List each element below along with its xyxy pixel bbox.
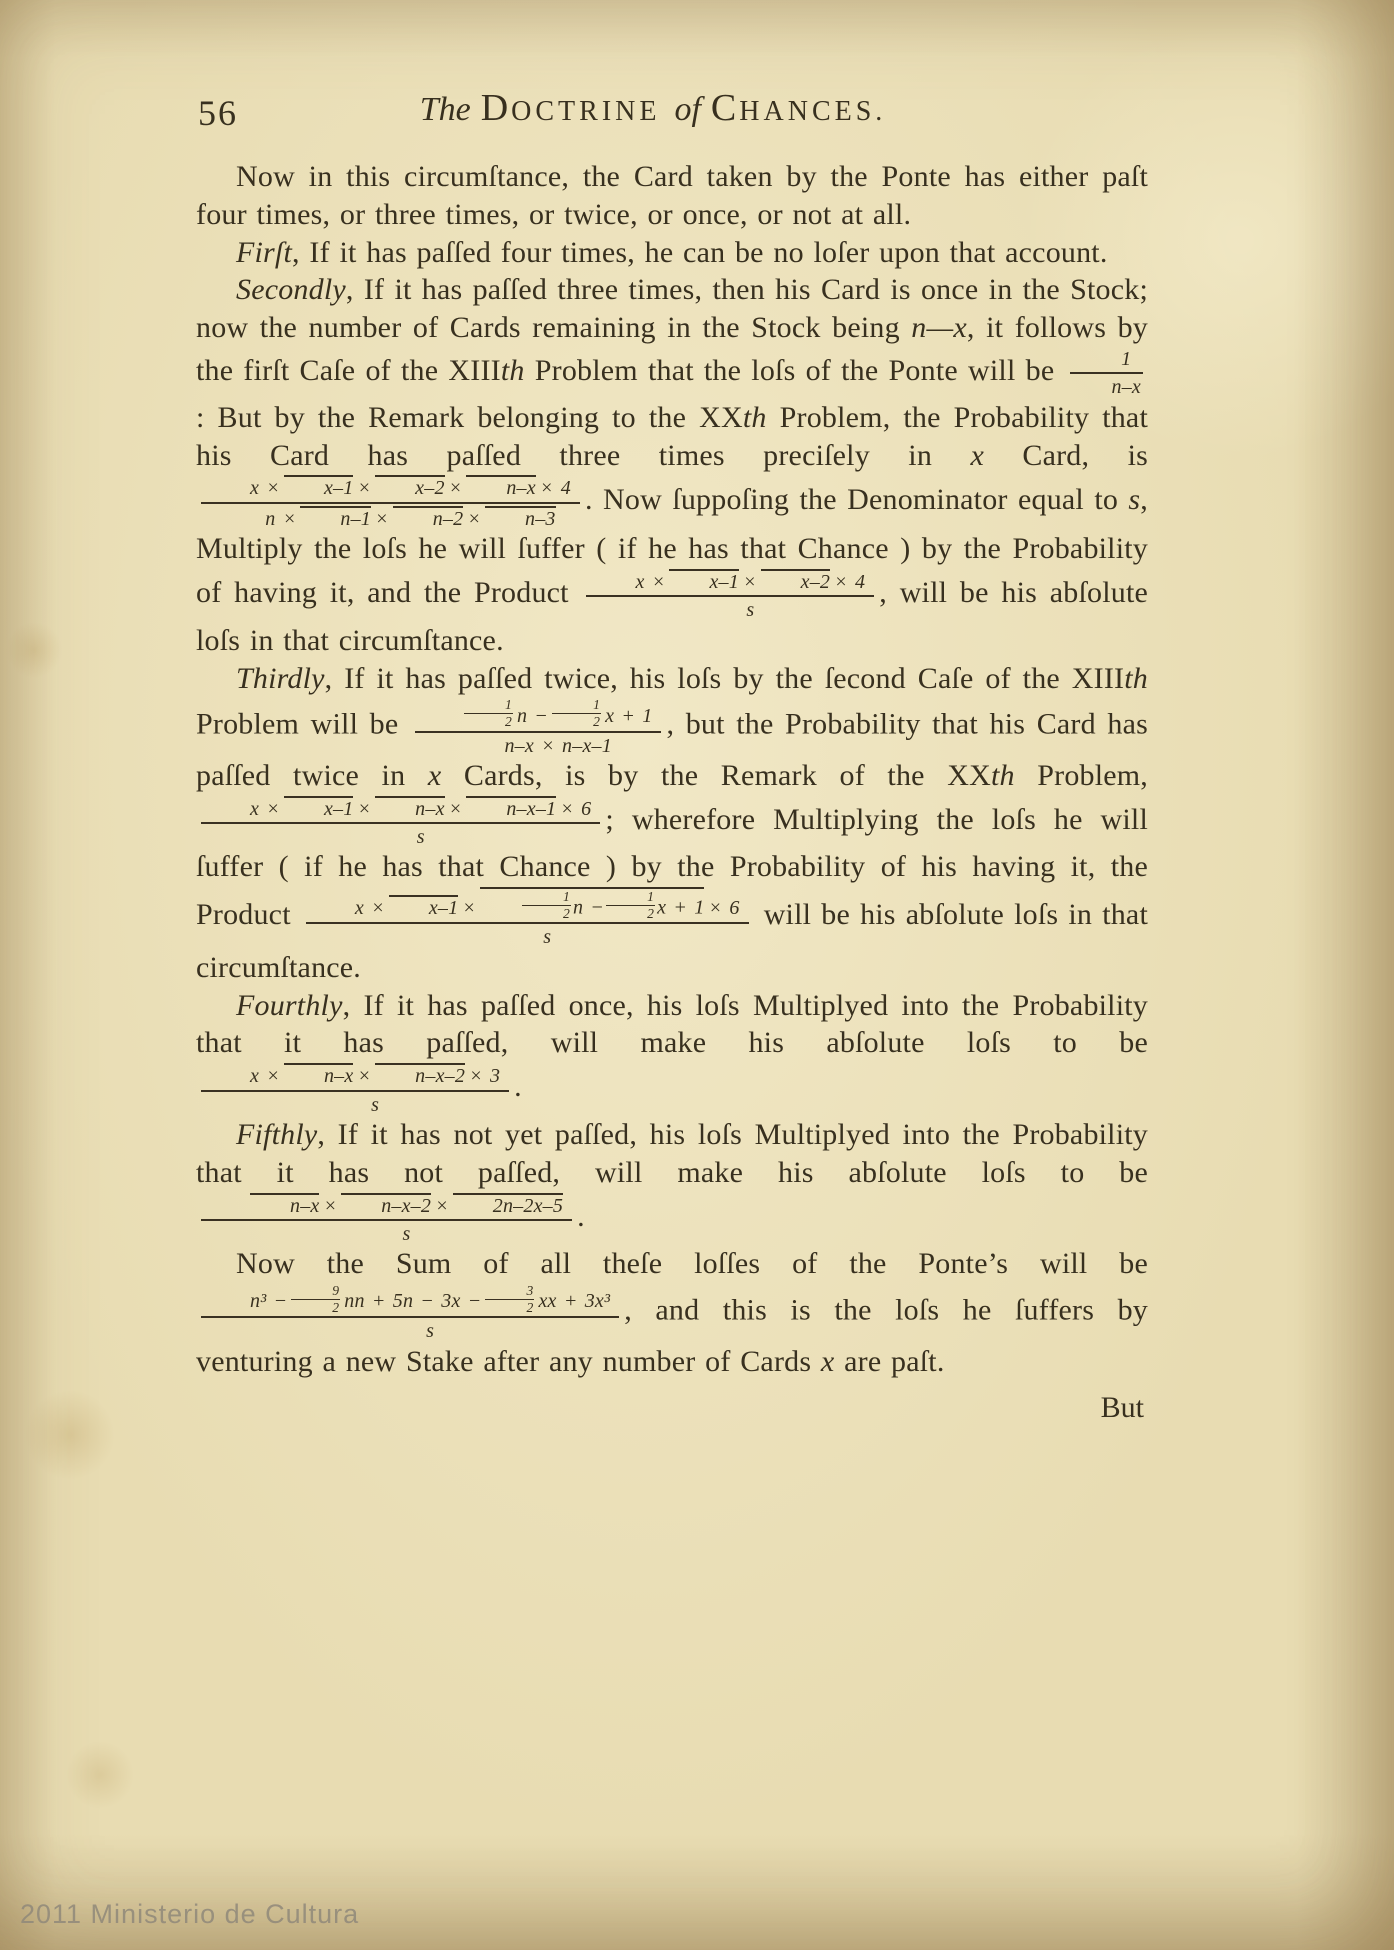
paragraph-2: Firſt, If it has paſſed four times, he c…	[196, 234, 1148, 272]
paragraph-7: Now the Sum of all theſe loſſes of the P…	[196, 1245, 1148, 1380]
page-body: Now in this circumſtance, the Card taken…	[196, 158, 1148, 1381]
watermark: 2011 Ministerio de Cultura	[20, 1899, 359, 1930]
inline-formula: x ×x–1×n–x×n–x–1× 6s	[201, 795, 600, 849]
inline-formula: 1n–x	[1070, 347, 1143, 399]
inline-formula: x ×x–1×12n −12x + 1× 6s	[306, 886, 749, 949]
text-block: 56 The DOCTRINE of CHANCES. Now in this …	[196, 86, 1148, 1425]
running-title: The DOCTRINE of CHANCES.	[196, 86, 1148, 130]
paragraph-1: Now in this circumſtance, the Card taken…	[196, 158, 1148, 234]
paragraph-3: Secondly, If it has paſſed three times, …	[196, 271, 1148, 659]
inline-formula: n–x×n–x–2×2n–2x–5s	[201, 1192, 572, 1246]
inline-formula: x ×x–1×x–2×n–x× 4n ×n–1×n–2×n–3	[201, 474, 580, 530]
paragraph-5: Fourthly, If it has paſſed once, his loſ…	[196, 987, 1148, 1116]
inline-formula: x ×x–1×x–2× 4s	[586, 568, 874, 622]
inline-formula: 12n −12x + 1n–x × n–x–1	[415, 697, 661, 757]
inline-formula: n³ −92nn + 5n − 3x −32xx + 3x³s	[201, 1283, 619, 1343]
page-header: 56 The DOCTRINE of CHANCES.	[196, 86, 1148, 150]
book-page-scan: 56 The DOCTRINE of CHANCES. Now in this …	[0, 0, 1394, 1950]
paragraph-4: Thirdly, If it has paſſed twice, his loſ…	[196, 660, 1148, 987]
paragraph-6: Fifthly, If it has not yet paſſed, his l…	[196, 1116, 1148, 1245]
catchword: But	[196, 1391, 1148, 1425]
page-number: 56	[198, 92, 238, 134]
inline-formula: x ×n–x×n–x–2× 3s	[201, 1062, 509, 1116]
